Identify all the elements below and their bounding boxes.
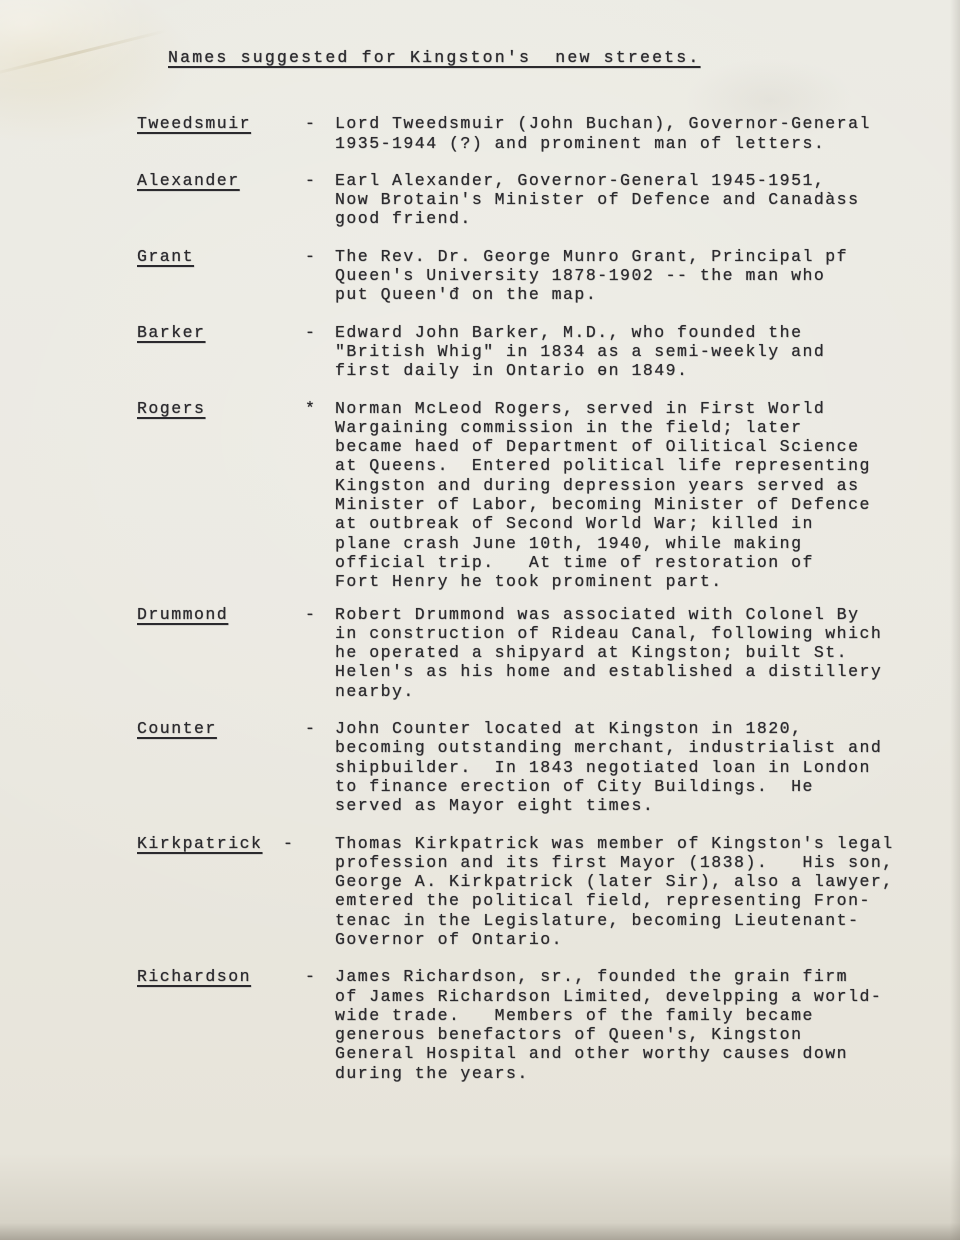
description-line: Queen's University 1878-1902 -- the man …	[335, 266, 960, 285]
entry-row: Counter-John Counter located at Kingston…	[137, 719, 960, 815]
dash-marker: -	[305, 247, 335, 266]
description-line: during the years.	[335, 1064, 960, 1083]
description-line: in construction of Rideau Canal, followi…	[335, 624, 960, 643]
description-line: 1935-1944 (?) and prominent man of lette…	[335, 134, 960, 153]
description: Earl Alexander, Governor-General 1945-19…	[335, 171, 960, 229]
entry-row: Drummond-Robert Drummond was associated …	[137, 605, 960, 701]
description-line: he operated a shipyard at Kingston; buil…	[335, 643, 960, 662]
description-line: Fort Henry he took prominent part.	[335, 572, 960, 591]
dash-marker: -	[305, 605, 335, 624]
description-line: official trip. At time of restoration of	[335, 553, 960, 572]
description: James Richardson, sr., founded the grain…	[335, 967, 960, 1083]
description: Lord Tweedsmuir (John Buchan), Governor-…	[335, 114, 960, 153]
entries-list: Tweedsmuir-Lord Tweedsmuir (John Buchan)…	[137, 114, 960, 1083]
street-name-label: Rogers	[137, 399, 205, 418]
description-line: tenac in the Legislature, becoming Lieut…	[335, 911, 960, 930]
entry-row: Grant-The Rev. Dr. George Munro Grant, P…	[137, 247, 960, 305]
street-name-label: Richardson	[137, 967, 251, 986]
dash-marker: -	[305, 719, 335, 738]
description: Edward John Barker, M.D., who founded th…	[335, 323, 960, 381]
description-line: becoming outstanding merchant, industria…	[335, 738, 960, 757]
description-line: first daily in Ontario ɵn 1849.	[335, 361, 960, 380]
description-line: wide trade. Members of the family became	[335, 1006, 960, 1025]
street-name-label: Barker	[137, 323, 205, 342]
description-line: Earl Alexander, Governor-General 1945-19…	[335, 171, 960, 190]
dash-marker: -	[305, 967, 335, 986]
description-line: Edward John Barker, M.D., who founded th…	[335, 323, 960, 342]
description-line: served as Mayor eight times.	[335, 796, 960, 815]
street-name: Richardson	[137, 967, 305, 986]
description-line: Lord Tweedsmuir (John Buchan), Governor-…	[335, 114, 960, 133]
description-line: Robert Drummond was associated with Colo…	[335, 605, 960, 624]
description-line: "British Whig" in 1834 as a semi-weekly …	[335, 342, 960, 361]
description-line: General Hospital and other worthy causes…	[335, 1044, 960, 1063]
description-line: James Richardson, sr., founded the grain…	[335, 967, 960, 986]
description-line: nearby.	[335, 682, 960, 701]
description-line: plane crash June 10th, 1940, while makin…	[335, 534, 960, 553]
description-line: to finance erection of City Buildings. H…	[335, 777, 960, 796]
street-name-label: Drummond	[137, 605, 228, 624]
description-line: George A. Kirkpatrick (later Sir), also …	[335, 872, 960, 891]
street-name: Rogers	[137, 399, 305, 418]
street-name: Barker	[137, 323, 305, 342]
description: John Counter located at Kingston in 1820…	[335, 719, 960, 815]
entry-row: Richardson-James Richardson, sr., founde…	[137, 967, 960, 1083]
asterisk-marker: *	[305, 399, 335, 418]
description-line: good friend.	[335, 209, 960, 228]
street-name: Alexander	[137, 171, 305, 190]
street-name: Kirkpatrick	[137, 834, 305, 853]
description-line: shipbuilder. In 1843 negotiated loan in …	[335, 758, 960, 777]
entry-row: Tweedsmuir-Lord Tweedsmuir (John Buchan)…	[137, 114, 960, 153]
street-name: Drummond	[137, 605, 305, 624]
description-line: at outbreak of Second World War; killed …	[335, 514, 960, 533]
description: Norman McLeod Rogers, served in First Wo…	[335, 399, 960, 592]
entry-row: Rogers*Norman McLeod Rogers, served in F…	[137, 399, 960, 592]
description-line: profession and its first Mayor (1838). H…	[335, 853, 960, 872]
street-name-label: Grant	[137, 247, 194, 266]
entry-row: Alexander-Earl Alexander, Governor-Gener…	[137, 171, 960, 229]
description-line: Thomas Kirkpatrick was member of Kingsto…	[335, 834, 960, 853]
street-name-label: Tweedsmuir	[137, 114, 251, 133]
entry-row: Barker-Edward John Barker, M.D., who fou…	[137, 323, 960, 381]
description-line: The Rev. Dr. George Munro Grant, Princip…	[335, 247, 960, 266]
dash-marker: -	[305, 171, 335, 190]
street-name-label: Alexander	[137, 171, 240, 190]
description: Robert Drummond was associated with Colo…	[335, 605, 960, 701]
entry-row: Kirkpatrick-Thomas Kirkpatrick was membe…	[137, 834, 960, 950]
street-name: Tweedsmuir	[137, 114, 305, 133]
description-line: Kingston and during depression years ser…	[335, 476, 960, 495]
description: The Rev. Dr. George Munro Grant, Princip…	[335, 247, 960, 305]
street-name-label: Kirkpatrick	[137, 834, 262, 853]
street-name-label: Counter	[137, 719, 217, 738]
page-title: Names suggested for Kingston's new stree…	[168, 48, 700, 67]
dash-marker: -	[305, 114, 335, 133]
description-line: Minister of Labor, becoming Minister of …	[335, 495, 960, 514]
description-line: Norman McLeod Rogers, served in First Wo…	[335, 399, 960, 418]
description-line: Now Brotain's Minister of Defence and Ca…	[335, 190, 960, 209]
description-line: John Counter located at Kingston in 1820…	[335, 719, 960, 738]
scanned-document-page: Names suggested for Kingston's new stree…	[0, 0, 960, 1240]
description-line: put Queen'đ on the map.	[335, 285, 960, 304]
description: Thomas Kirkpatrick was member of Kingsto…	[335, 834, 960, 950]
description-line: became haed of Department of Oilitical S…	[335, 437, 960, 456]
dash-marker: -	[305, 323, 335, 342]
description-line: Governor of Ontario.	[335, 930, 960, 949]
page-content: Names suggested for Kingston's new stree…	[0, 0, 960, 1083]
description-line: emtered the political field, representin…	[335, 891, 960, 910]
description-line: at Queens. Entered political life repres…	[335, 456, 960, 475]
description-line: Helen's as his home and established a di…	[335, 662, 960, 681]
description-line: Wargaining commission in the field; late…	[335, 418, 960, 437]
dash-marker: -	[283, 834, 313, 853]
street-name: Grant	[137, 247, 305, 266]
description-line: of James Richardson Limited, develpping …	[335, 987, 960, 1006]
description-line: generous benefactors of Queen's, Kingsto…	[335, 1025, 960, 1044]
street-name: Counter	[137, 719, 305, 738]
